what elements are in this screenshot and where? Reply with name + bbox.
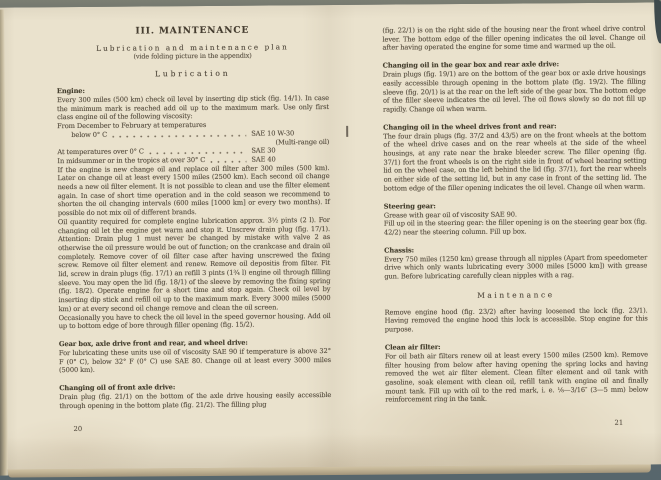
para-steering-fill: Fill up oil in the steering gear: the fi… [384, 218, 647, 237]
lubrication-heading: Lubrication [57, 68, 329, 80]
dot-leader [210, 160, 246, 162]
right-page: (fig. 22/1) is on the right side of the … [382, 25, 648, 405]
viscosity-value: SAE 10 W-30 [251, 129, 329, 138]
para-speed-governor: Occasionally you have to check the oil l… [59, 312, 331, 332]
para-front-axle-drain: Drain plug (fig. 21/1) on the bottom of … [59, 391, 331, 411]
para-filling-plug-continued: (fig. 22/1) is on the right side of the … [382, 25, 645, 53]
para-new-engine-oil-change: If the engine is new change oil and repl… [57, 164, 329, 218]
right-page-number: 21 [614, 419, 623, 427]
para-gearbox-rear-drain: Drain plugs (fig. 19/1) are on the botto… [383, 69, 646, 115]
para-chassis-grease: Every 750 miles (1250 km) grease through… [384, 253, 647, 281]
dot-leader [112, 134, 246, 137]
para-gearbox-viscosity: For lubricating these units use oil of v… [59, 347, 331, 375]
scan-artifact [346, 126, 348, 137]
viscosity-label: below 0° C [57, 131, 107, 140]
para-air-filter: For oil bath air filters renew oil at le… [385, 350, 648, 404]
para-oil-quantity: Oil quantity required for complete engin… [58, 216, 331, 314]
scanned-book-photo: III. MAINTENANCE Lubrication and mainten… [0, 0, 661, 480]
dot-leader [149, 152, 246, 155]
viscosity-value: SAE 40 [251, 155, 329, 164]
para-engine-oil-check: Every 300 miles (500 km) check oil level… [57, 94, 329, 122]
chapter-title: III. MAINTENANCE [56, 25, 328, 38]
left-page-number: 20 [73, 425, 82, 433]
para-engine-hood: Remove engine hood (fig. 23/2) after hav… [385, 306, 648, 334]
maintenance-heading: Maintenance [384, 289, 647, 301]
para-wheel-drives: The four drain plugs (fig. 37/2 and 43/5… [383, 130, 646, 193]
book-spread: III. MAINTENANCE Lubrication and mainten… [0, 2, 661, 469]
left-page: III. MAINTENANCE Lubrication and mainten… [56, 25, 331, 411]
